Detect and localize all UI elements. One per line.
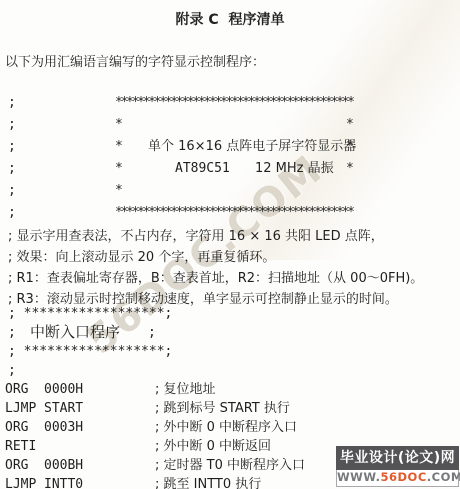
device-title-text: 单个 16×16 点阵电子屏字符显示器 bbox=[148, 136, 356, 158]
lone-semicolon-line: ; bbox=[0, 361, 460, 380]
logo-url-com: .COM bbox=[427, 470, 460, 484]
intro-text: 以下为用汇编语言编写的字符显示控制程序： bbox=[5, 54, 460, 72]
comment-semicolon: ; bbox=[8, 361, 16, 380]
comment-border-line: ; **************************************… bbox=[0, 92, 460, 114]
code-opcode: ORG bbox=[5, 380, 28, 399]
code-opcode: LJMP bbox=[5, 399, 36, 418]
comment-semicolon: ; bbox=[8, 202, 16, 224]
right-star: * bbox=[346, 136, 354, 158]
left-star: * bbox=[115, 158, 123, 180]
code-operand: START bbox=[44, 399, 83, 418]
code-operand: 0003H bbox=[44, 418, 83, 437]
code-operand: INTT0 bbox=[44, 475, 83, 489]
description-comments: ; 显示字用查表法，不占内存，字符用 16 × 16 共阳 LED 点阵， ; … bbox=[0, 226, 460, 310]
description-line: ; R1：查表偏址寄存器，B：查表首址，R2：扫描地址（从 00～0FH)。 bbox=[0, 268, 460, 289]
right-star: * bbox=[346, 114, 354, 136]
star-border: ****************************************… bbox=[115, 92, 353, 114]
code-comment: ; 外中断 0 中断程序入口 bbox=[155, 418, 297, 437]
comment-semicolon: ; bbox=[8, 180, 16, 202]
comment-semicolon: ; bbox=[8, 323, 16, 342]
section-star-line: ; ******************; bbox=[0, 304, 460, 323]
code-opcode: ORG bbox=[5, 418, 28, 437]
code-comment: ; 跳至 INTT0 执行 bbox=[155, 475, 261, 489]
logo-site-url: WWW.56DOC.COM bbox=[336, 470, 459, 487]
code-operand: 000BH bbox=[44, 456, 83, 475]
interrupt-section-header: ; ******************; ; 中断入口程序 ; ; *****… bbox=[0, 304, 460, 380]
description-text: ; R1：查表偏址寄存器，B：查表首址，R2：扫描地址（从 00～0FH)。 bbox=[8, 268, 423, 289]
chip-name-text: AT89C51 bbox=[175, 158, 230, 180]
description-line: ; 显示字用查表法，不占内存，字符用 16 × 16 共阳 LED 点阵， bbox=[0, 226, 460, 247]
code-opcode: ORG bbox=[5, 456, 28, 475]
comment-chip-line: ; * AT89C51 12 MHz 晶振 * bbox=[0, 158, 460, 180]
code-opcode: LJMP bbox=[5, 475, 36, 489]
description-text: ; 显示字用查表法，不占内存，字符用 16 × 16 共阳 LED 点阵， bbox=[8, 226, 384, 247]
logo-site-name: 毕业设计(论文)网 bbox=[336, 446, 459, 470]
document-page: 56DOC.COM 附录 C 程序清单 以下为用汇编语言编写的字符显示控制程序：… bbox=[0, 0, 460, 489]
code-operand: 0000H bbox=[44, 380, 83, 399]
left-star: * bbox=[115, 114, 123, 136]
comment-semicolon: ; bbox=[8, 136, 16, 158]
code-line: LJMP START ; 跳到标号 START 执行 bbox=[0, 399, 460, 418]
program-header-comment-box: ; **************************************… bbox=[0, 92, 460, 224]
56doc-logo: 毕业设计(论文)网 WWW.56DOC.COM bbox=[336, 446, 459, 487]
comment-semicolon: ; bbox=[8, 92, 16, 114]
code-comment: ; 跳到标号 START 执行 bbox=[155, 399, 290, 418]
logo-url-www: WWW. bbox=[337, 470, 381, 484]
code-opcode: RETI bbox=[5, 437, 36, 456]
section-title-line: ; 中断入口程序 ; bbox=[0, 323, 460, 342]
comment-border-line: ; **************************************… bbox=[0, 202, 460, 224]
code-line: ORG 0003H ; 外中断 0 中断程序入口 bbox=[0, 418, 460, 437]
code-comment: ; 复位地址 bbox=[155, 380, 216, 399]
left-star: * bbox=[115, 180, 123, 202]
right-star: * bbox=[346, 158, 354, 180]
trailing-semicolon: ; bbox=[148, 323, 156, 342]
section-title-text: 中断入口程序 bbox=[30, 323, 120, 342]
comment-semicolon: ; bbox=[8, 158, 16, 180]
star-border: ****************************************… bbox=[115, 202, 353, 224]
comment-device-line: ; * 单个 16×16 点阵电子屏字符显示器 * bbox=[0, 136, 460, 158]
document-content: 附录 C 程序清单 以下为用汇编语言编写的字符显示控制程序： ; *******… bbox=[0, 0, 460, 489]
comment-empty-line: ; * * bbox=[0, 114, 460, 136]
logo-url-domain: 56DOC bbox=[381, 470, 427, 484]
code-comment: ; 定时器 T0 中断程序入口 bbox=[155, 456, 305, 475]
code-line: ORG 0000H ; 复位地址 bbox=[0, 380, 460, 399]
page-title: 附录 C 程序清单 bbox=[0, 10, 460, 30]
description-text: ; 效果：向上滚动显示 20 个字，再重复循环。 bbox=[8, 247, 275, 268]
section-stars: ; ******************; bbox=[8, 342, 172, 361]
left-star: * bbox=[115, 136, 123, 158]
comment-empty-line: ; * bbox=[0, 180, 460, 202]
code-comment: ; 外中断 0 中断返回 bbox=[155, 437, 271, 456]
crystal-text: 12 MHz 晶振 bbox=[255, 158, 334, 180]
section-star-line: ; ******************; bbox=[0, 342, 460, 361]
description-line: ; 效果：向上滚动显示 20 个字，再重复循环。 bbox=[0, 247, 460, 268]
section-stars: ; ******************; bbox=[8, 304, 172, 323]
comment-semicolon: ; bbox=[8, 114, 16, 136]
